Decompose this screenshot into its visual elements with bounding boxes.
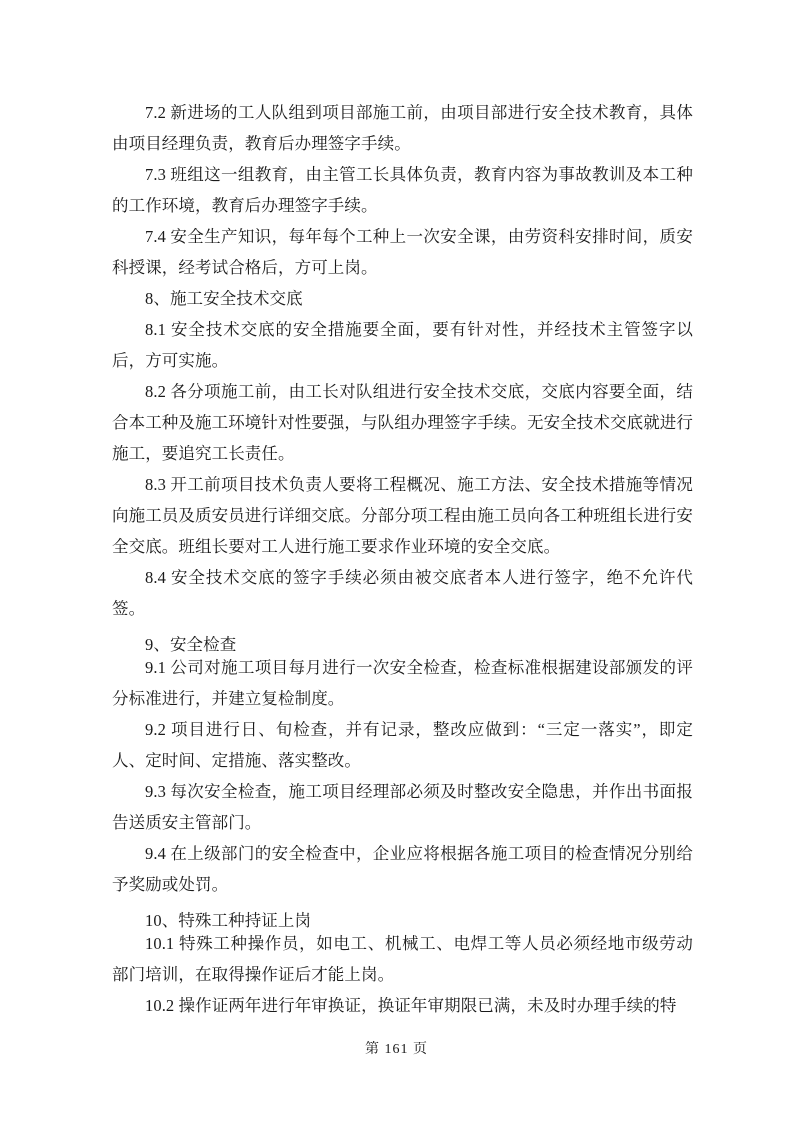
paragraph-7-2: 7.2 新进场的工人队组到项目部施工前，由项目部进行安全技术教育，具体由项目经理…: [112, 97, 693, 159]
section-heading-8: 8、施工安全技术交底: [112, 283, 693, 314]
page-number-footer: 第 161 页: [0, 1040, 793, 1060]
document-page: 7.2 新进场的工人队组到项目部施工前，由项目部进行安全技术教育，具体由项目经理…: [0, 0, 793, 1122]
document-body: 7.2 新进场的工人队组到项目部施工前，由项目部进行安全技术教育，具体由项目经理…: [112, 97, 693, 1021]
paragraph-10-2: 10.2 操作证两年进行年审换证，换证年审期限已满，未及时办理手续的特: [112, 990, 693, 1021]
paragraph-8-1: 8.1 安全技术交底的安全措施要全面，要有针对性，并经技术主管签字以后，方可实施…: [112, 314, 693, 376]
paragraph-9-1: 9.1 公司对施工项目每月进行一次安全检查，检查标准根据建设部颁发的评分标准进行…: [112, 652, 693, 714]
paragraph-8-4: 8.4 安全技术交底的签字手续必须由被交底者本人进行签字，绝不允许代签。: [112, 562, 693, 624]
paragraph-7-3: 7.3 班组这一组教育，由主管工长具体负责，教育内容为事故教训及本工种的工作环境…: [112, 159, 693, 221]
paragraph-9-3: 9.3 每次安全检查，施工项目经理部必须及时整改安全隐患，并作出书面报告送质安主…: [112, 776, 693, 838]
paragraph-9-2: 9.2 项目进行日、旬检查，并有记录，整改应做到：“三定一落实”，即定人、定时间…: [112, 714, 693, 776]
paragraph-9-4: 9.4 在上级部门的安全检查中，企业应将根据各施工项目的检查情况分别给予奖励或处…: [112, 838, 693, 900]
paragraph-10-1: 10.1 特殊工种操作员，如电工、机械工、电焊工等人员必须经地市级劳动部门培训，…: [112, 928, 693, 990]
paragraph-8-2: 8.2 各分项施工前，由工长对队组进行安全技术交底，交底内容要全面，结合本工种及…: [112, 376, 693, 469]
paragraph-8-3: 8.3 开工前项目技术负责人要将工程概况、施工方法、安全技术措施等情况向施工员及…: [112, 469, 693, 562]
paragraph-7-4: 7.4 安全生产知识，每年每个工种上一次安全课，由劳资科安排时间，质安科授课，经…: [112, 221, 693, 283]
